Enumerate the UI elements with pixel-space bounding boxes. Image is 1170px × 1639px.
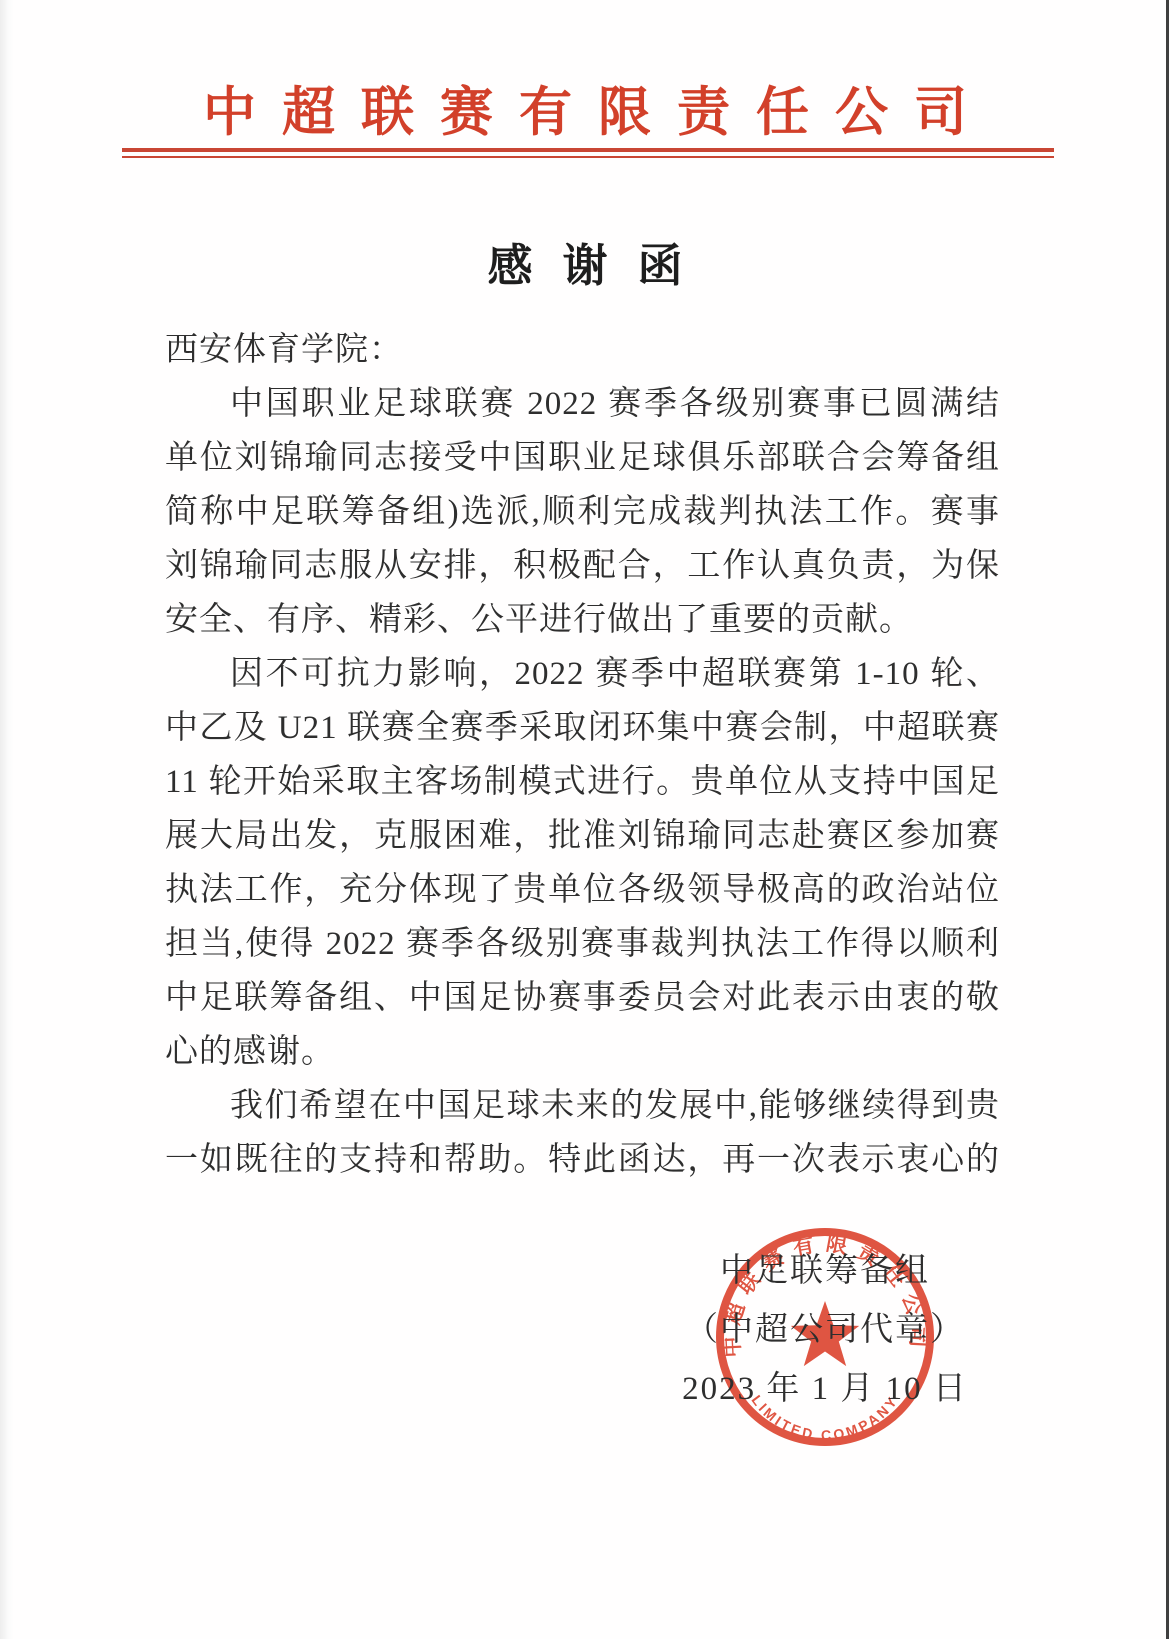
body-line: 简称中足联筹备组)选派,顺利完成裁判执法工作。赛事期间，: [165, 485, 1000, 539]
letter-title: 感谢函: [0, 229, 1170, 294]
body-line: 一如既往的支持和帮助。特此函达，再一次表示衷心的感谢。: [165, 1133, 1000, 1187]
signature-note: （中超公司代章）: [645, 1301, 1005, 1360]
letterhead-divider: [122, 148, 1054, 158]
body-line: 11 轮开始采取主客场制模式进行。贵单位从支持中国足球发: [165, 755, 1000, 809]
letterhead-company-name: 中超联赛有限责任公司: [0, 70, 1170, 146]
body-line: 中足联筹备组、中国足协赛事委员会对此表示由衷的敬意和衷: [165, 971, 1000, 1025]
body-line: 担当,使得 2022 赛季各级别赛事裁判执法工作得以顺利完成。: [165, 917, 1000, 971]
body-line: 单位刘锦瑜同志接受中国职业足球俱乐部联合会筹备组（以下: [165, 431, 1000, 485]
body-line: 中乙及 U21 联赛全赛季采取闭环集中赛会制，中超联赛从第: [165, 701, 1000, 755]
body-line: 因不可抗力影响，2022 赛季中超联赛第 1-10 轮、中甲、: [165, 647, 1000, 701]
salutation: 西安体育学院：: [165, 323, 1000, 377]
letter-body: 西安体育学院： 中国职业足球联赛 2022 赛季各级别赛事已圆满结束，贵 单位刘…: [165, 323, 1000, 1187]
body-line: 中国职业足球联赛 2022 赛季各级别赛事已圆满结束，贵: [165, 377, 1000, 431]
divider-thin-line: [122, 156, 1054, 158]
signature-org: 中足联筹备组: [645, 1242, 1005, 1301]
body-line: 安全、有序、精彩、公平进行做出了重要的贡献。: [165, 593, 1000, 647]
signature-block: 中足联筹备组 （中超公司代章） 2023 年 1 月 10 日: [645, 1242, 1005, 1419]
body-line: 刘锦瑜同志服从安排，积极配合，工作认真负责，为保障赛事: [165, 539, 1000, 593]
thank-you-letter-page: 中超联赛有限责任公司 感谢函 西安体育学院： 中国职业足球联赛 2022 赛季各…: [0, 0, 1170, 1639]
divider-thick-line: [122, 148, 1054, 152]
body-line: 执法工作，充分体现了贵单位各级领导极高的政治站位和责任: [165, 863, 1000, 917]
body-line: 展大局出发，克服困难，批准刘锦瑜同志赴赛区参加赛事裁判: [165, 809, 1000, 863]
body-line: 我们希望在中国足球未来的发展中,能够继续得到贵单位: [165, 1079, 1000, 1133]
signature-date: 2023 年 1 月 10 日: [645, 1360, 1005, 1419]
body-line: 心的感谢。: [165, 1025, 1000, 1079]
